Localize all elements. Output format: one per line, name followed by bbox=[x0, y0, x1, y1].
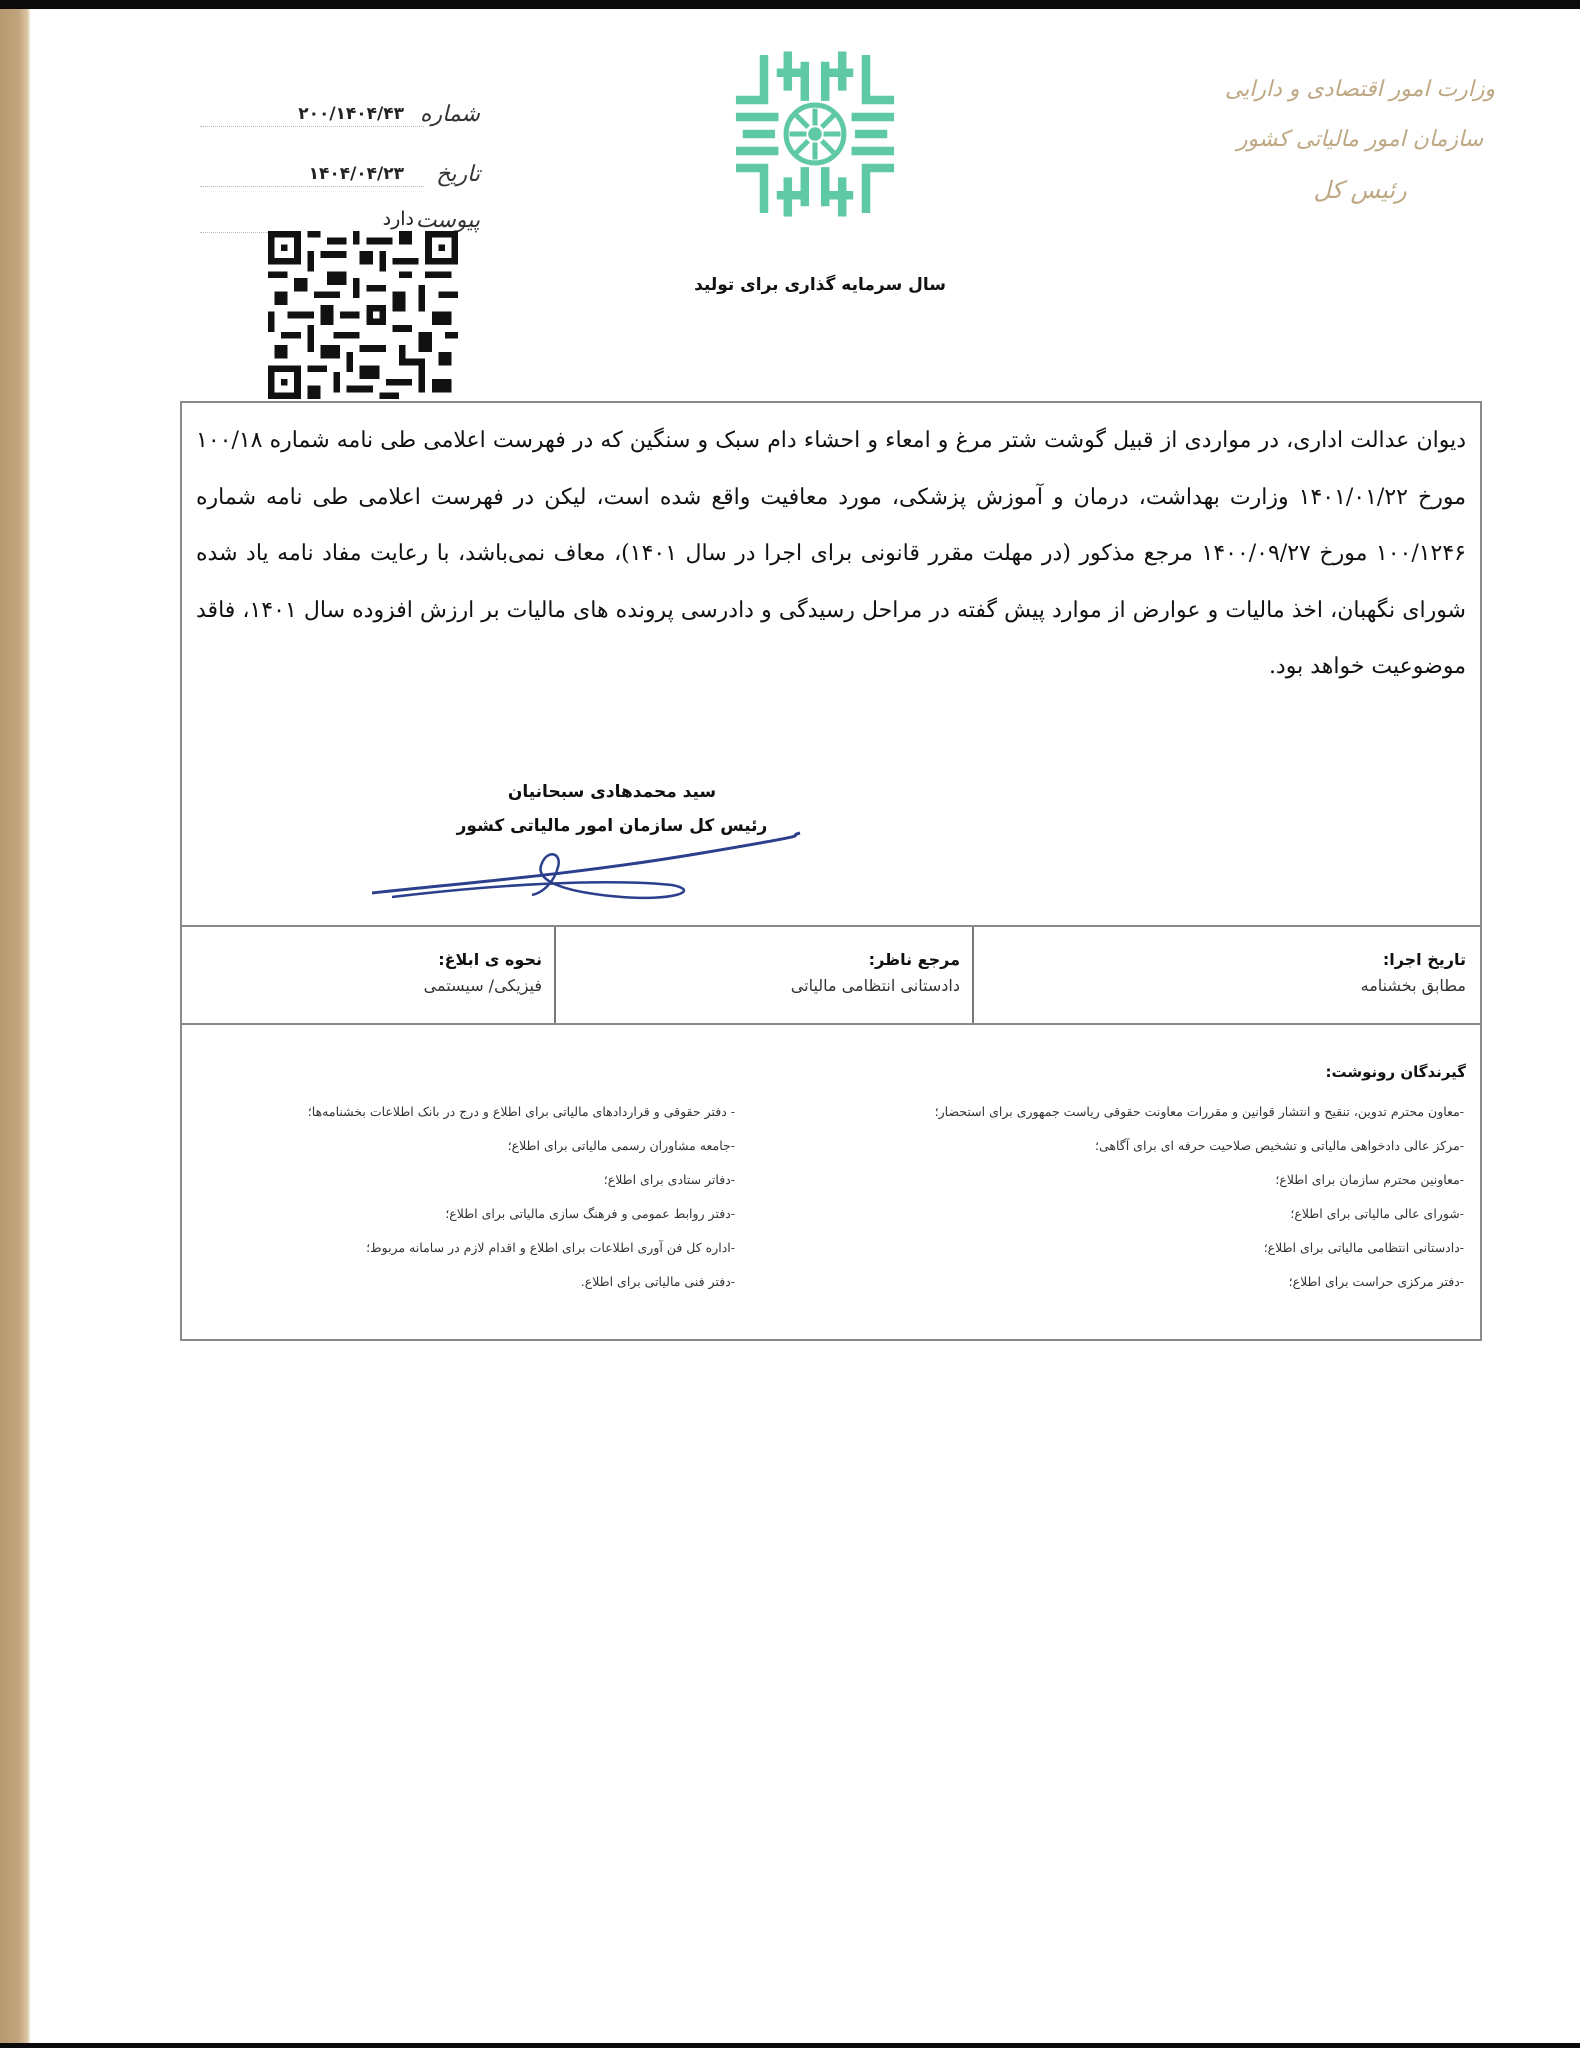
cc-item: -اداره کل فن آوری اطلاعات برای اطلاع و ا… bbox=[195, 1231, 735, 1265]
organization-name: سازمان امور مالیاتی کشور bbox=[1190, 115, 1530, 165]
signer-name: سید محمدهادی سبحانیان bbox=[382, 773, 842, 811]
cc-title: گیرندگان رونوشت: bbox=[1326, 1063, 1466, 1081]
date-value: ۱۴۰۴/۰۴/۲۳ bbox=[309, 164, 404, 184]
notification-method-label: نحوه ی ابلاغ: bbox=[194, 947, 542, 973]
tax-organization-logo bbox=[730, 49, 900, 219]
notification-method-cell: نحوه ی ابلاغ: فیزیکی/ سیستمی bbox=[182, 927, 556, 1023]
cc-item: -دفتر فنی مالیاتی برای اطلاع. bbox=[195, 1265, 735, 1299]
cc-item: -معاون محترم تدوین، تنقیح و انتشار قوانی… bbox=[824, 1095, 1464, 1129]
cc-right-column: -معاون محترم تدوین، تنقیح و انتشار قوانی… bbox=[824, 1095, 1464, 1299]
attachment-value: دارد bbox=[383, 208, 414, 230]
meta-number-row: شماره ۲۰۰/۱۴۰۴/۴۳ bbox=[200, 67, 480, 127]
letter-body-box: دیوان عدالت اداری، در مواردی از قبیل گوش… bbox=[180, 401, 1482, 927]
letter-info-row: تاریخ اجرا: مطابق بخشنامه مرجع ناظر: داد… bbox=[180, 925, 1482, 1025]
notification-method-value: فیزیکی/ سیستمی bbox=[194, 973, 542, 999]
supervisor-cell: مرجع ناظر: دادستانی انتظامی مالیاتی bbox=[556, 927, 974, 1023]
cc-item: -دفتر روابط عمومی و فرهنگ سازی مالیاتی ب… bbox=[195, 1197, 735, 1231]
handwritten-signature bbox=[372, 823, 802, 913]
execution-date-cell: تاریخ اجرا: مطابق بخشنامه bbox=[974, 927, 1480, 1023]
top-black-bar bbox=[0, 0, 1580, 9]
cc-recipients-box: گیرندگان رونوشت: -معاون محترم تدوین، تنق… bbox=[180, 1023, 1482, 1341]
office-title: رئیس کل bbox=[1190, 165, 1530, 215]
cc-item: -دفتر مرکزی حراست برای اطلاع؛ bbox=[824, 1265, 1464, 1299]
letter-body-paragraph: دیوان عدالت اداری، در مواردی از قبیل گوش… bbox=[196, 413, 1466, 696]
supervisor-label: مرجع ناظر: bbox=[568, 947, 960, 973]
qr-code bbox=[268, 231, 458, 399]
year-slogan: سال سرمایه گذاری برای تولید bbox=[670, 275, 970, 295]
execution-date-label: تاریخ اجرا: bbox=[986, 947, 1466, 973]
cc-item: - دفتر حقوقی و قراردادهای مالیاتی برای ا… bbox=[195, 1095, 735, 1129]
cc-item: -مرکز عالی دادخواهی مالیاتی و تشخیص صلاح… bbox=[824, 1129, 1464, 1163]
cc-item: -دادستانی انتظامی مالیاتی برای اطلاع؛ bbox=[824, 1231, 1464, 1265]
meta-attachment-row: پیوست دارد bbox=[200, 187, 480, 233]
bottom-black-bar bbox=[0, 2043, 1580, 2048]
ministry-header: وزارت امور اقتصادی و دارایی سازمان امور … bbox=[1190, 65, 1530, 215]
letter-meta: شماره ۲۰۰/۱۴۰۴/۴۳ تاریخ ۱۴۰۴/۰۴/۲۳ پیوست… bbox=[200, 67, 480, 233]
ministry-name: وزارت امور اقتصادی و دارایی bbox=[1190, 65, 1530, 115]
date-label: تاریخ bbox=[424, 162, 480, 187]
number-line: ۲۰۰/۱۴۰۴/۴۳ bbox=[200, 112, 424, 127]
supervisor-value: دادستانی انتظامی مالیاتی bbox=[568, 973, 960, 999]
cc-item: -جامعه مشاوران رسمی مالیاتی برای اطلاع؛ bbox=[195, 1129, 735, 1163]
letter-page: شماره ۲۰۰/۱۴۰۴/۴۳ تاریخ ۱۴۰۴/۰۴/۲۳ پیوست… bbox=[30, 9, 1580, 2043]
background-cardboard-edge bbox=[0, 9, 30, 2043]
execution-date-value: مطابق بخشنامه bbox=[986, 973, 1466, 999]
cc-left-column: - دفتر حقوقی و قراردادهای مالیاتی برای ا… bbox=[195, 1095, 735, 1299]
cc-item: -دفاتر ستادی برای اطلاع؛ bbox=[195, 1163, 735, 1197]
meta-date-row: تاریخ ۱۴۰۴/۰۴/۲۳ bbox=[200, 127, 480, 187]
number-label: شماره bbox=[424, 102, 480, 127]
attachment-label: پیوست bbox=[424, 208, 480, 233]
date-line: ۱۴۰۴/۰۴/۲۳ bbox=[200, 172, 424, 187]
number-value: ۲۰۰/۱۴۰۴/۴۳ bbox=[298, 104, 404, 124]
cc-item: -شورای عالی مالیاتی برای اطلاع؛ bbox=[824, 1197, 1464, 1231]
cc-item: -معاونین محترم سازمان برای اطلاع؛ bbox=[824, 1163, 1464, 1197]
